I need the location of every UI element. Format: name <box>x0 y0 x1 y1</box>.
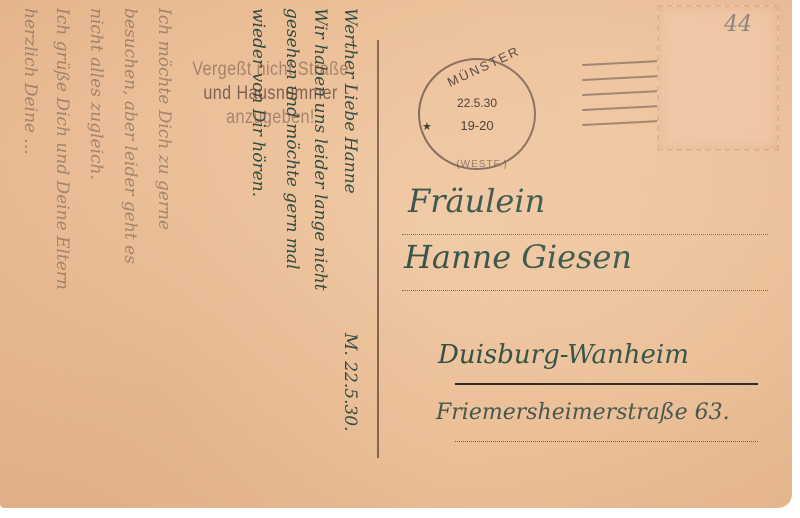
slogan-line: und Hausnummer <box>175 82 366 106</box>
message-line: Wir haben uns leider lange nicht <box>310 8 330 291</box>
message-line: nicht alles zugleich. <box>86 8 106 180</box>
removed-stamp-area <box>657 5 779 151</box>
address-rule <box>402 234 768 235</box>
wavy-cancellation-lines <box>582 62 662 142</box>
address-city: Duisburg-Wanheim <box>438 340 689 370</box>
postmark: MÜNSTER 22.5.30 19-20 ★ (WESTF.) <box>418 58 536 170</box>
slogan-line: Vergeßt nicht Straße <box>175 58 366 82</box>
postmark-city: MÜNSTER <box>445 47 515 90</box>
message-line: gesehen und möchte gern mal <box>282 8 302 270</box>
star-icon: ★ <box>422 120 432 133</box>
postmark-date: 22.5.30 <box>420 96 534 110</box>
message-date: M. 22.5.30. <box>340 333 360 432</box>
postcard: herzlich Deine ... Ich grüße Dich und De… <box>0 0 792 508</box>
address-rule <box>455 441 758 442</box>
address-city-underline <box>455 383 758 385</box>
address-rule <box>402 290 768 291</box>
message-line: besuchen, aber leider geht es <box>120 8 140 264</box>
slogan-line: anzugeben! <box>175 106 366 130</box>
postmark-time: 19-20 <box>420 118 534 133</box>
message-line: Ich möchte Dich zu gerne <box>154 8 174 230</box>
vertical-divider <box>377 40 379 458</box>
slogan-cancellation: Vergeßt nicht Straße und Hausnummer anzu… <box>175 58 366 130</box>
pencil-note: 44 <box>724 12 752 37</box>
message-line: Ich grüße Dich und Deine Eltern <box>52 8 72 290</box>
postmark-region: (WESTF.) <box>452 159 512 170</box>
address-salutation: Fräulein <box>408 182 545 220</box>
address-name: Hanne Giesen <box>404 238 632 276</box>
message-line: herzlich Deine ... <box>20 8 40 155</box>
address-street: Friemersheimerstraße 63. <box>436 400 730 425</box>
